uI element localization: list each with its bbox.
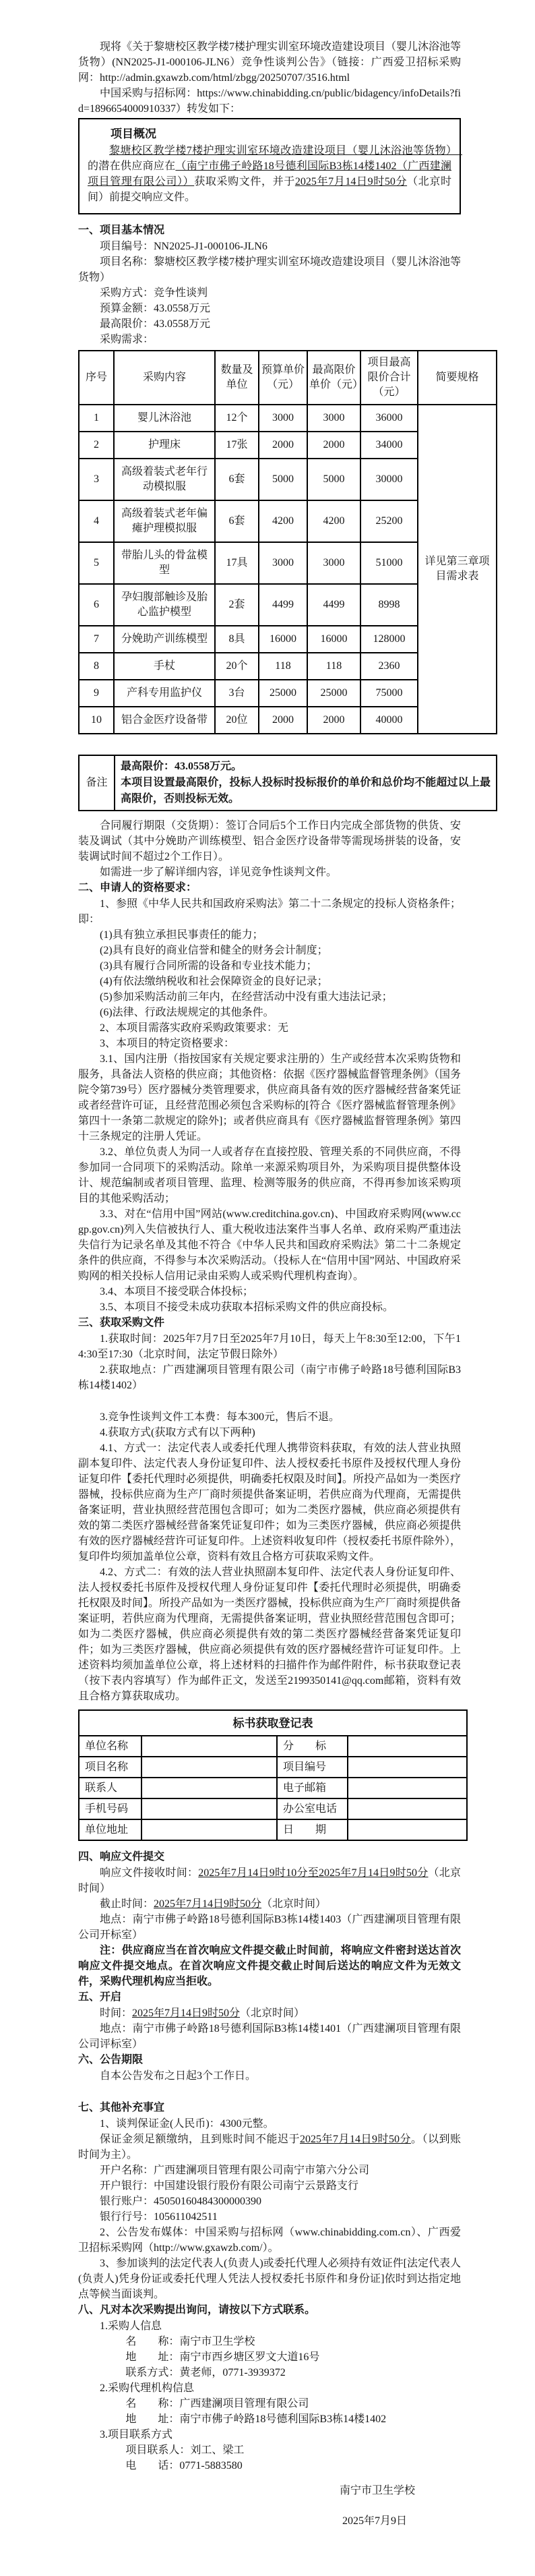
cell-unit-budget: 118	[259, 653, 307, 680]
overview-text-2: 获取采购文件，并于	[194, 176, 295, 187]
section3-heading: 三、获取采购文件	[78, 1315, 461, 1331]
cell-total-max: 36000	[360, 405, 418, 432]
overview-project-name: 黎塘校区教学楼7楼护理实训室环境改造建设项目（婴儿沐浴池等货物）	[109, 145, 462, 156]
cell-qty: 17张	[215, 432, 259, 459]
signature-date: 2025年7月9日	[78, 2513, 461, 2529]
qualification-item: 3.2、单位负责人为同一人或者存在直接控股、管理关系的不同供应商，不得参加同一合…	[78, 1144, 461, 1206]
cell-unit-max: 4499	[307, 584, 360, 626]
registration-blank-cell	[141, 1736, 277, 1757]
remark-row: 备注 最高限价：43.0558万元。 本项目设置最高限价，投标人投标时投标报价的…	[79, 755, 497, 811]
registration-title-row: 标书获取登记表	[79, 1710, 467, 1736]
section6-heading: 六、公告期限	[78, 2052, 461, 2068]
document-fee-line: 3.竞争性谈判文件工本费：每本300元，售后不退。	[78, 1409, 461, 1425]
qualification-item: 1、参照《中华人民共和国政府采购法》第二十二条规定的投标人资格条件；即：	[78, 896, 461, 927]
table-row: 1 婴儿沐浴池 12个 3000 3000 36000 详见第三章项目需求表	[79, 405, 497, 432]
cell-content: 孕妇腹部触诊及胎心监护模型	[114, 584, 215, 626]
procurement-table-header-row: 序号 采购内容 数量及单位 预算单价（元） 最高限价单价（元） 项目最高限价合计…	[79, 351, 497, 405]
col-header-total-max: 项目最高限价合计（元）	[360, 351, 418, 405]
col-header-qty: 数量及单位	[215, 351, 259, 405]
qualification-item: (6)法律、行政法规规定的其他条件。	[78, 1005, 461, 1020]
remark-label: 备注	[79, 755, 115, 811]
cell-unit-max: 25000	[307, 680, 360, 707]
project-contact-title: 3.项目联系方式	[78, 2427, 461, 2442]
remark-line-2: 本项目设置最高限价，投标人投标时投标报价的单价和总价均不能超过以上最高限价，否则…	[121, 775, 491, 807]
cell-no: 3	[79, 459, 114, 500]
acquisition-methods-line: 4.获取方式(获取方式有以下两种)	[78, 1425, 461, 1440]
agent-info-title: 2.采购代理机构信息	[78, 2380, 461, 2396]
qualification-item: 2、本项目需落实政府采购政策要求：无	[78, 1020, 461, 1036]
registration-label: 手机号码	[79, 1798, 141, 1819]
cell-no: 4	[79, 500, 114, 542]
registration-blank-cell	[348, 1819, 467, 1840]
bank-account-line: 银行账户：45050160484300000390	[78, 2194, 461, 2209]
cell-total-max: 34000	[360, 432, 418, 459]
deposit-deadline-line: 保证金须足额缴纳，且到账时间不能迟于2025年7月14日9时50分。（以到账时间…	[78, 2132, 461, 2163]
cell-qty: 17具	[215, 542, 259, 584]
cell-content: 手杖	[114, 653, 215, 680]
cell-unit-budget: 16000	[259, 626, 307, 653]
acquisition-method2-paragraph: 4.2、方式二：有效的法人营业执照副本复印件、法定代表人身份证复印件、法人授权委…	[78, 1564, 461, 1704]
section5-heading: 五、开启	[78, 1989, 461, 2006]
registration-blank-cell	[141, 1778, 277, 1798]
qualification-item: (4)有依法缴纳税收和社会保障资金的良好记录；	[78, 974, 461, 989]
cell-content: 带胎儿头的骨盆模型	[114, 542, 215, 584]
cell-unit-max: 2000	[307, 432, 360, 459]
cell-total-max: 2360	[360, 653, 418, 680]
overview-text-1: 的潜在供应商应在	[88, 160, 175, 172]
cell-no: 8	[79, 653, 114, 680]
cell-qty: 12个	[215, 405, 259, 432]
deposit-deadline-value: 2025年7月14日9时50分	[300, 2134, 411, 2145]
bid-registration-table: 标书获取登记表 单位名称 分 标 项目名称 项目编号 联系人 电子邮箱 手机号码…	[78, 1709, 468, 1841]
cell-no: 7	[79, 626, 114, 653]
cell-no: 10	[79, 707, 114, 734]
publish-media-line: 2、公告发布媒体：中国采购与招标网（www.chinabidding.com.c…	[78, 2225, 461, 2256]
qualification-item: 3.3、对在“信用中国”网站(www.creditchina.gov.cn)、中…	[78, 1206, 461, 1284]
registration-row: 联系人 电子邮箱	[79, 1778, 467, 1798]
cell-no: 2	[79, 432, 114, 459]
registration-blank-cell	[348, 1757, 467, 1778]
bank-name-line: 开户银行：中国建设银行股份有限公司南宁云景路支行	[78, 2178, 461, 2194]
registration-blank-cell	[141, 1798, 277, 1819]
budget-line: 预算金额：43.0558万元	[78, 301, 461, 316]
opening-time-value: 2025年7月14日9时50分	[132, 2008, 240, 2019]
project-overview-title: 项目概况	[88, 125, 451, 143]
registration-row: 手机号码 办公室电话	[79, 1798, 467, 1819]
registration-table-title: 标书获取登记表	[79, 1710, 467, 1736]
cell-no: 9	[79, 680, 114, 707]
response-receive-time-line: 响应文件接收时间：2025年7月14日9时10分至2025年7月14日9时50分…	[78, 1865, 461, 1896]
buyer-name-line: 名 称：南宁市卫生学校	[78, 2334, 461, 2349]
buyer-address-line: 地 址：南宁市西乡塘区罗文大道16号	[78, 2349, 461, 2365]
cell-unit-max: 3000	[307, 405, 360, 432]
section8-heading: 八、凡对本次采购提出询问，请按以下方式联系。	[78, 2302, 461, 2318]
announcement-period-line: 自本公告发布之日起3个工作日。	[78, 2068, 461, 2084]
acquisition-time-line: 1.获取时间：2025年7月7日至2025年7月10日，每天上午8:30至12:…	[78, 1331, 461, 1362]
registration-label: 项目名称	[79, 1757, 141, 1778]
cell-unit-max: 2000	[307, 707, 360, 734]
cell-unit-budget: 25000	[259, 680, 307, 707]
cell-unit-budget: 5000	[259, 459, 307, 500]
col-header-no: 序号	[79, 351, 114, 405]
qualification-item: 3.1、国内注册（指按国家有关规定要求注册的）生产或经营本次采购货物和服务，具备…	[78, 1051, 461, 1144]
section7-heading: 七、其他补充事宜	[78, 2100, 461, 2116]
receive-time-value: 2025年7月14日9时10分至2025年7月14日9时50分	[198, 1867, 428, 1879]
intro-paragraph-2: 中国采购与招标网：https://www.chinabidding.cn/pub…	[78, 86, 461, 117]
response-deadline-line: 截止时间：2025年7月14日9时50分（北京时间）	[78, 1896, 461, 1912]
qualification-item: (5)参加采购活动前三年内，在经营活动中没有重大违法记录；	[78, 989, 461, 1005]
project-overview-box: 项目概况 黎塘校区教学楼7楼护理实训室环境改造建设项目（婴儿沐浴池等货物） 的潜…	[78, 118, 461, 214]
buyer-contact-line: 联系方式：黄老师，0771-3939372	[78, 2365, 461, 2380]
cell-unit-budget: 2000	[259, 432, 307, 459]
col-header-spec: 简要规格	[418, 351, 497, 405]
cell-total-max: 51000	[360, 542, 418, 584]
cell-unit-budget: 3000	[259, 542, 307, 584]
submission-note-paragraph: 注：供应商应当在首次响应文件提交截止时间前，将响应文件密封送达首次响应文件提交地…	[78, 1943, 461, 1989]
project-overview-paragraph: 黎塘校区教学楼7楼护理实训室环境改造建设项目（婴儿沐浴池等货物） 的潜在供应商应…	[88, 143, 451, 205]
acquisition-method1-paragraph: 4.1、方式一：法定代表人或委托代理人携带资料获取，有效的法人营业执照副本复印件…	[78, 1440, 461, 1564]
registration-label: 单位地址	[79, 1819, 141, 1840]
section2-heading: 二、申请人的资格要求：	[78, 880, 461, 896]
buyer-info-title: 1.采购人信息	[78, 2318, 461, 2334]
remark-body: 最高限价：43.0558万元。 本项目设置最高限价，投标人投标时投标报价的单价和…	[115, 755, 497, 811]
deadline-label: 截止时间：	[100, 1898, 154, 1910]
opening-time-line: 时间：2025年7月14日9时50分（北京时间）	[78, 2006, 461, 2021]
procurement-announcement-document: 现将《关于黎塘校区教学楼7楼护理实训室环境改造建设项目（婴儿沐浴池等货物）(NN…	[0, 0, 535, 2576]
cell-spec-note: 详见第三章项目需求表	[418, 405, 497, 734]
registration-blank-cell	[141, 1757, 277, 1778]
registration-row: 项目名称 项目编号	[79, 1757, 467, 1778]
registration-label: 单位名称	[79, 1736, 141, 1757]
col-header-content: 采购内容	[114, 351, 215, 405]
registration-label: 联系人	[79, 1778, 141, 1798]
cell-unit-budget: 4200	[259, 500, 307, 542]
project-phone-line: 电 话：0771-5883580	[78, 2458, 461, 2473]
demand-label-line: 采购需求：	[78, 332, 461, 347]
registration-label: 项目编号	[277, 1757, 348, 1778]
signature-block: 南宁市卫生学校 2025年7月9日	[78, 2483, 461, 2529]
receive-time-label: 响应文件接收时间：	[100, 1867, 198, 1879]
cell-content: 高级着装式老年行动模拟服	[114, 459, 215, 500]
cell-no: 5	[79, 542, 114, 584]
cell-content: 产科专用监护仪	[114, 680, 215, 707]
signature-org: 南宁市卫生学校	[78, 2483, 461, 2498]
qualification-item: 3.5、本项目不接受未成功获取本招标采购文件的供应商投标。	[78, 1299, 461, 1315]
registration-row: 单位地址 日 期	[79, 1819, 467, 1840]
deadline-suffix: （北京时间）	[261, 1898, 326, 1910]
registration-blank-cell	[141, 1819, 277, 1840]
cell-qty: 8具	[215, 626, 259, 653]
col-header-unit-max: 最高限价单价（元）	[307, 351, 360, 405]
registration-label: 分 标	[277, 1736, 348, 1757]
procurement-table: 序号 采购内容 数量及单位 预算单价（元） 最高限价单价（元） 项目最高限价合计…	[78, 350, 497, 734]
cell-content: 婴儿沐浴池	[114, 405, 215, 432]
project-code-line: 项目编号：NN2025-J1-000106-JLN6	[78, 239, 461, 254]
project-name-line: 项目名称：黎塘校区教学楼7楼护理实训室环境改造建设项目（婴儿沐浴池等货物）	[78, 254, 461, 285]
registration-label: 电子邮箱	[277, 1778, 348, 1798]
remark-line-1: 最高限价：43.0558万元。	[121, 759, 491, 775]
remark-table: 备注 最高限价：43.0558万元。 本项目设置最高限价，投标人投标时投标报价的…	[78, 755, 497, 811]
intro-paragraph-1: 现将《关于黎塘校区教学楼7楼护理实训室环境改造建设项目（婴儿沐浴池等货物）(NN…	[78, 39, 461, 86]
procurement-method-line: 采购方式：竞争性谈判	[78, 285, 461, 301]
qualification-item: (3)具有履行合同所需的设备和专业技术能力；	[78, 958, 461, 974]
opening-location-line: 地点：南宁市佛子岭路18号德利国际B3栋14楼1401（广西建澜项目管理有限公司…	[78, 2021, 461, 2052]
qualification-item: (2)具有良好的商业信誉和健全的财务会计制度；	[78, 943, 461, 958]
cell-unit-max: 3000	[307, 542, 360, 584]
negotiation-attendance-line: 3、参加谈判的法定代表人(负责人)或委托代理人必须持有效证件[法定代表人(负责人…	[78, 2256, 461, 2302]
cell-total-max: 25200	[360, 500, 418, 542]
cell-unit-max: 4200	[307, 500, 360, 542]
cell-unit-max: 16000	[307, 626, 360, 653]
opening-time-suffix: （北京时间）	[240, 2008, 305, 2019]
cell-total-max: 8998	[360, 584, 418, 626]
cell-total-max: 128000	[360, 626, 418, 653]
deadline-value: 2025年7月14日9时50分	[154, 1898, 261, 1910]
cell-content: 护理床	[114, 432, 215, 459]
registration-row: 单位名称 分 标	[79, 1736, 467, 1757]
qualification-item: (1)具有独立承担民事责任的能力；	[78, 927, 461, 943]
cell-content: 高级着装式老年偏瘫护理模拟服	[114, 500, 215, 542]
qualification-item: 3.4、本项目不接受联合体投标；	[78, 1284, 461, 1299]
cell-qty: 3台	[215, 680, 259, 707]
submission-location-line: 地点：南宁市佛子岭路18号德利国际B3栋14楼1403（广西建澜项目管理有限公司…	[78, 1912, 461, 1943]
registration-blank-cell	[348, 1798, 467, 1819]
cell-content: 铝合金医疗设备带	[114, 707, 215, 734]
bank-code-line: 银行行号：105611042511	[78, 2209, 461, 2225]
agent-name-line: 名 称：广西建澜项目管理有限公司	[78, 2396, 461, 2411]
cell-total-max: 75000	[360, 680, 418, 707]
acquisition-place-line: 2.获取地点：广西建澜项目管理有限公司（南宁市佛子岭路18号德利国际B3栋14楼…	[78, 1362, 461, 1393]
qualification-item: 3、本项目的特定资格要求：	[78, 1036, 461, 1051]
cell-content: 分娩助产训练模型	[114, 626, 215, 653]
cell-no: 6	[79, 584, 114, 626]
registration-label: 日 期	[277, 1819, 348, 1840]
registration-blank-cell	[348, 1778, 467, 1798]
cell-total-max: 40000	[360, 707, 418, 734]
registration-blank-cell	[348, 1736, 467, 1757]
cell-unit-budget: 2000	[259, 707, 307, 734]
section1-heading: 一、项目基本情况	[78, 223, 461, 239]
cell-unit-max: 5000	[307, 459, 360, 500]
contract-period-paragraph: 合同履行期限（交货期）：签订合同后5个工作日内完成全部货物的供货、安装及调试（其…	[78, 818, 461, 865]
registration-label: 办公室电话	[277, 1798, 348, 1819]
cell-qty: 6套	[215, 459, 259, 500]
deposit-text: 保证金须足额缴纳，且到账时间不能迟于	[100, 2134, 300, 2145]
cell-qty: 20个	[215, 653, 259, 680]
cell-qty: 6套	[215, 500, 259, 542]
cell-total-max: 30000	[360, 459, 418, 500]
col-header-unit-budget: 预算单价（元）	[259, 351, 307, 405]
overview-deadline: 2025年7月14日9时50分	[295, 176, 407, 187]
cell-no: 1	[79, 405, 114, 432]
deposit-amount-line: 1、谈判保证金(人民币)：4300元整。	[78, 2116, 461, 2132]
cell-unit-budget: 4499	[259, 584, 307, 626]
max-price-line: 最高限价：43.0558万元	[78, 316, 461, 332]
section4-heading: 四、响应文件提交	[78, 1849, 461, 1865]
cell-qty: 2套	[215, 584, 259, 626]
more-details-paragraph: 如需进一步了解详细内容，详见竞争性谈判文件。	[78, 865, 461, 880]
opening-time-label: 时间：	[100, 2008, 132, 2019]
cell-unit-budget: 3000	[259, 405, 307, 432]
cell-unit-max: 118	[307, 653, 360, 680]
account-name-line: 开户名称：广西建澜项目管理有限公司南宁市第六分公司	[78, 2163, 461, 2178]
cell-qty: 20位	[215, 707, 259, 734]
project-contact-line: 项目联系人：刘工、梁工	[78, 2442, 461, 2458]
